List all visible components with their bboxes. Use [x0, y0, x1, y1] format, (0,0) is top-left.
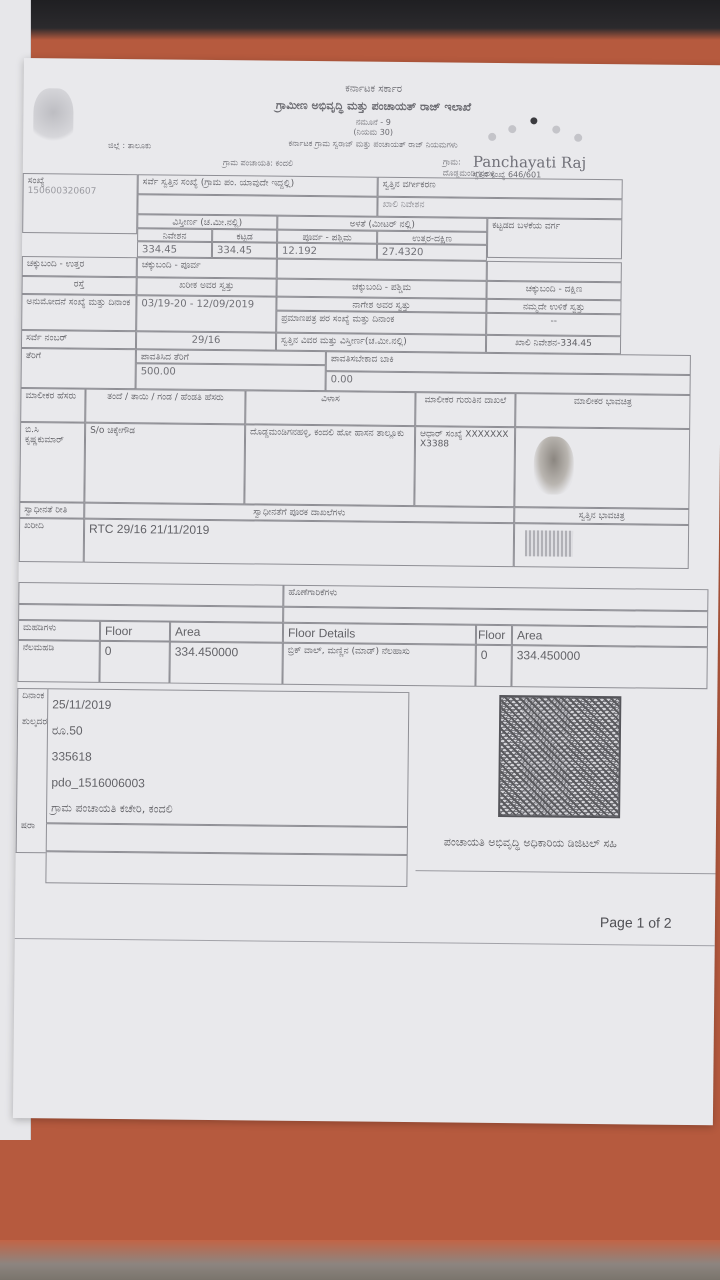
assessment-value: 03/19-20 - 12/09/2019 [136, 295, 276, 332]
floor-row-label: ನೆಲಮಹಡಿ [17, 640, 99, 683]
owner-header-relation: ತಂದೆ / ತಾಯಿ / ಗಂಡ / ಹೆಂಡತಿ ಹೆಸರು [85, 389, 245, 425]
id-label-cell: ಸಂಖ್ಯೆ 150600320607 [22, 173, 138, 234]
owner-relation: S/o ಚಿಕ್ಕೇಗೌಡ [84, 423, 245, 505]
issue-date: 25/11/2019 [52, 691, 404, 721]
owner-name: ಬಿ.ಸಿ ಕೃಷ್ಣಕುಮಾರ್ [19, 422, 85, 503]
west-label: ಚಕ್ಕುಬಂದಿ - ಪಶ್ಚಿಮ [277, 279, 487, 299]
issue-fee-label: ಶುಲ್ಕದರ [22, 717, 43, 743]
survey-header-cell: ಸರ್ವೆ ಸ್ವತ್ತಿನ ಸಂಖ್ಯೆ (ಗ್ರಾಮ ಪಂ. ಯಾವುದೇ … [138, 174, 378, 197]
owner-address: ದೊಡ್ಡಮಂಡಿಗನಹಳ್ಳಿ, ಕಂದಲಿ ಹೋ ಹಾಸನ ತಾಲ್ಲೂಕು [244, 424, 415, 506]
issue-blank-labels [21, 743, 43, 821]
footer-divider [15, 938, 715, 946]
issue-fee: ರೂ.50 [52, 717, 404, 747]
owner-id-doc: ಆಧಾರ್ ಸಂಖ್ಯೆ XXXXXXXX3388 [414, 426, 515, 507]
owner-header-id: ಮಾಲೀಕರ ಗುರುತಿನ ದಾಖಲೆ [415, 392, 515, 427]
acquisition-docs-value: RTC 29/16 21/11/2019 [84, 519, 514, 568]
site-label: ನಿವೇಶನ [137, 228, 212, 242]
area-header-right: Area [512, 625, 708, 647]
tax-paid-value: 500.00 [136, 363, 326, 391]
ns-label: ಉತ್ತರ-ದಕ್ಷಿಣ [377, 231, 487, 245]
area-left-value: 334.450000 [169, 642, 282, 685]
receipt-number: 335618 [52, 743, 404, 773]
area-header-left: Area [170, 622, 283, 643]
survey-label: ಸರ್ವೆ ನಂಬರ್ [21, 330, 136, 349]
floor-details-header: Floor Details [283, 623, 476, 645]
extra-row [45, 851, 407, 887]
background-top [0, 0, 720, 40]
acquisition-method-value: ಖರೀದಿ [19, 518, 84, 563]
property-desc-value: ಖಾಲಿ ನಿವೇಶನ-334.45 [486, 335, 621, 354]
area-label: ವಿಸ್ತೀರ್ಣ (ಚ.ಮೀ.ನಲ್ಲಿ) [137, 214, 277, 229]
blank-cell [277, 259, 487, 281]
property-photo-cell [514, 523, 689, 569]
officer-id: pdo_1516006003 [51, 769, 403, 799]
background-bottom [0, 1240, 720, 1280]
survey-value-cell [137, 194, 377, 217]
page-number: Page 1 of 2 [600, 914, 672, 931]
floor-left-value: 0 [99, 641, 169, 684]
floor-details-value: ಬ್ರಿಕ್ ವಾಲ್, ಮಣ್ಣಿನ (ಮಾಡ್) ನೆಲಹಾಸು [282, 643, 475, 687]
site-area-value: 334.45 [137, 241, 212, 258]
floor-header-right: Floor [476, 625, 512, 645]
issue-remarks-label: ಷರಾ [21, 821, 42, 841]
document-header: ಕರ್ನಾಟಕ ಸರ್ಕಾರ ಗ್ರಾಮೀಣ ಅಭಿವೃದ್ಧಿ ಮತ್ತು ಪ… [23, 58, 720, 180]
property-desc-label: ಸ್ವತ್ತಿನ ವಿವರ ಮತ್ತು ವಿಸ್ತೀರ್ಣ(ಚ.ಮೀ.ನಲ್ಲಿ… [276, 333, 486, 353]
panchayati-raj-logo-icon [478, 113, 608, 154]
owner-header-photo: ಮಾಲೀಕರ ಭಾವಚಿತ್ರ [515, 393, 690, 429]
property-type-value: ಖಾಲಿ ನಿವೇಶನ [377, 197, 622, 220]
qr-code-icon [498, 695, 621, 818]
issue-date-label: ದಿನಾಂಕ [22, 691, 43, 717]
south-label: ಚಕ್ಕುಬಂದಿ - ದಕ್ಷಿಣ [487, 281, 622, 300]
certificate-value: -- [486, 313, 621, 336]
property-photo [525, 530, 573, 557]
area-right-value: 334.450000 [511, 645, 707, 689]
id-value: 150600320607 [28, 186, 133, 197]
floors-left-label: ಮಹಡಿಗಳು [18, 620, 100, 641]
remarks-value [46, 823, 408, 855]
building-label: ಕಟ್ಟಡ [212, 229, 277, 243]
owner-photo-cell [514, 427, 690, 509]
header-government: ಕರ್ನಾಟಕ ಸರ್ಕಾರ [24, 80, 720, 98]
issue-labels: ದಿನಾಂಕ ಶುಲ್ಕದರ ಷರಾ [16, 688, 48, 853]
owner-header-name: ಮಾಲೀಕರ ಹೆಸರು [20, 388, 85, 423]
owner-photo [533, 436, 574, 494]
document-page: ಕರ್ನಾಟಕ ಸರ್ಕಾರ ಗ್ರಾಮೀಣ ಅಭಿವೃದ್ಧಿ ಮತ್ತು ಪ… [13, 58, 720, 1125]
floors-blank [18, 582, 283, 607]
header-district: ಜಿಲ್ಲೆ : ತಾಲೂಕು [108, 141, 151, 151]
north-value: ರಸ್ತೆ [22, 276, 137, 295]
issue-values-cell: 25/11/2019 ರೂ.50 335618 pdo_1516006003 ಗ… [46, 688, 409, 827]
digital-signature-caption: ಪಂಚಾಯತಿ ಅಭಿವೃದ್ಧಿ ಅಧಿಕಾರಿಯ ಡಿಜಿಟಲ್ ಸಹಿ [444, 835, 617, 851]
south-value: ನಮ್ಮದೇ ಉಳಿಕೆ ಸ್ವತ್ತು [486, 299, 621, 314]
east-label: ಚಕ್ಕುಬಂದಿ - ಪೂರ್ವ [137, 257, 277, 278]
east-value: ಖರೀಕ ಅವರ ಸ್ವತ್ತು [137, 277, 277, 296]
building-area-value: 334.45 [212, 242, 277, 259]
header-panchayat: ಗ್ರಾಮ ಪಂಚಾಯತಿ: ಕಂದಲಿ [223, 158, 293, 169]
floor-header-left: Floor [100, 621, 170, 642]
owner-header-address: ವಿಳಾಸ [245, 390, 415, 426]
ew-label: ಪೂರ್ವ - ಪಶ್ಚಿಮ [277, 230, 377, 244]
north-label: ಚಕ್ಕುಬಂದಿ - ಉತ್ತರ [22, 256, 137, 277]
property-photo-label: ಸ್ವತ್ತಿನ ಭಾವಚಿತ್ರ [514, 507, 689, 525]
assessment-label: ಅನುಮೋದನೆ ಸಂಖ್ಯೆ ಮತ್ತು ದಿನಾಂಕ [21, 294, 136, 331]
certificate-label: ಪ್ರಮಾಣಪತ್ರ ಪರ ಸಂಖ್ಯೆ ಮತ್ತು ದಿನಾಂಕ [276, 311, 486, 335]
floor-right-value: 0 [475, 645, 511, 687]
blank-cell-2 [487, 261, 622, 282]
acquisition-method-label: ಸ್ವಾಧೀನತೆ ರೀತಿ [19, 502, 84, 519]
survey-number-value: 29/16 [136, 331, 276, 350]
property-type-label: ಸ್ವತ್ತಿನ ವರ್ಗೀಕರಣ [378, 177, 623, 200]
ns-value: 27.4320 [377, 244, 487, 261]
tax-label: ತೆರಿಗೆ [21, 348, 136, 389]
issuing-office: ಗ್ರಾಮ ಪಂಚಾಯತಿ ಕಚೇರಿ, ಕಂದಲಿ [51, 795, 403, 825]
usage-label: ಕಟ್ಟಡದ ಬಳಕೆಯ ವರ್ಗ [487, 218, 622, 259]
section-divider [416, 870, 716, 874]
ew-value: 12.192 [277, 243, 377, 260]
